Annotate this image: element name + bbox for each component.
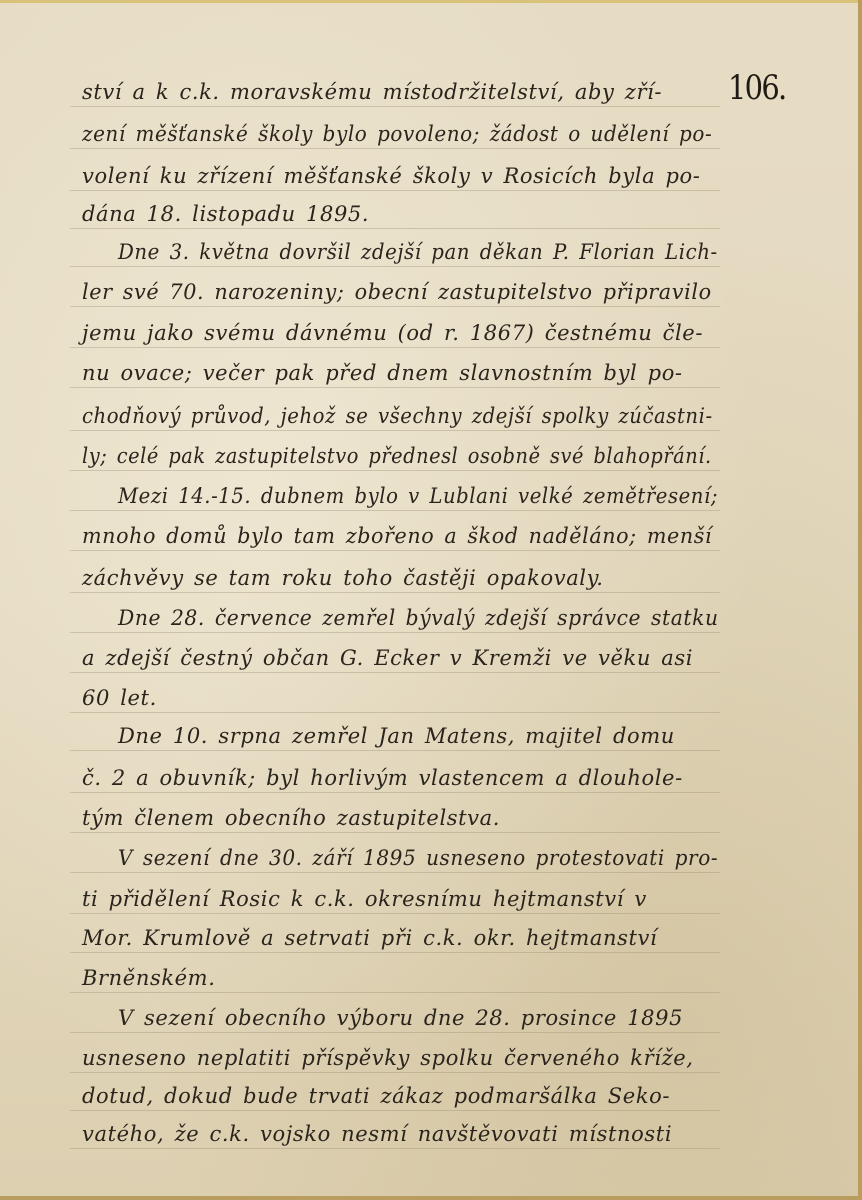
ruled-guide-line [70,672,720,673]
ruled-guide-line [70,712,720,713]
ruled-guide-line [70,832,720,833]
handwritten-line: chodňový průvod, jehož se všechny zdejší… [82,404,713,428]
ruled-guide-line [70,510,720,511]
ruled-guide-line [70,470,720,471]
handwritten-line: Mezi 14.-15. dubnem bylo v Lublani velké… [118,484,718,508]
handwritten-line: V sezení dne 30. září 1895 usneseno prot… [118,846,718,870]
handwritten-line: Dne 10. srpna zemřel Jan Matens, majitel… [118,724,675,748]
handwritten-line: dotud, dokud bude trvati zákaz podmaršál… [82,1084,670,1108]
handwritten-line: vatého, že c.k. vojsko nesmí navštěvovat… [82,1122,672,1146]
handwritten-line: Brněnském. [82,966,215,990]
ruled-guide-line [70,952,720,953]
handwritten-line: nu ovace; večer pak před dnem slavnostní… [82,361,683,385]
handwritten-line: ství a k c.k. moravskému místodržitelstv… [82,80,662,104]
handwritten-line: a zdejší čestný občan G. Ecker v Kremži … [82,646,693,670]
ruled-guide-line [70,347,720,348]
handwritten-line: jemu jako svému dávnému (od r. 1867) čes… [82,321,703,345]
handwritten-line: usneseno neplatiti příspěvky spolku červ… [82,1046,694,1070]
page-number: 106. [728,68,786,108]
handwritten-line: V sezení obecního výboru dne 28. prosinc… [118,1006,683,1030]
ruled-guide-line [70,266,720,267]
manuscript-page: 106. ství a k c.k. moravskému místodržit… [0,0,862,1200]
ruled-guide-line [70,632,720,633]
handwritten-line: Dne 28. července zemřel bývalý zdejší sp… [118,606,719,630]
handwritten-line: ler své 70. narozeniny; obecní zastupite… [82,280,712,304]
ruled-guide-line [70,872,720,873]
ruled-guide-line [70,1072,720,1073]
ruled-guide-line [70,190,720,191]
handwritten-line: Dne 3. května dovršil zdejší pan děkan P… [118,240,718,264]
ruled-guide-line [70,913,720,914]
handwritten-line: Mor. Krumlově a setrvati při c.k. okr. h… [82,926,657,950]
ruled-guide-line [70,430,720,431]
handwritten-line: tým členem obecního zastupitelstva. [82,806,500,830]
ruled-guide-line [70,592,720,593]
handwritten-line: zení měšťanské školy bylo povoleno; žádo… [82,122,712,146]
ruled-guide-line [70,750,720,751]
handwritten-line: č. 2 a obuvník; byl horlivým vlastencem … [82,766,683,790]
ruled-guide-line [70,1148,720,1149]
ruled-guide-line [70,550,720,551]
handwritten-line: mnoho domů bylo tam zbořeno a škod naděl… [82,524,712,548]
handwritten-line: dána 18. listopadu 1895. [82,202,369,226]
ruled-guide-line [70,228,720,229]
handwritten-line: volení ku zřízení měšťanské školy v Rosi… [82,164,700,188]
handwritten-line: ti přidělení Rosic k c.k. okresnímu hejt… [82,887,647,911]
ruled-guide-line [70,1110,720,1111]
handwritten-line: záchvěvy se tam roku toho častěji opakov… [82,566,604,590]
handwritten-line: ly; celé pak zastupitelstvo přednesl oso… [82,444,712,468]
ruled-guide-line [70,387,720,388]
handwritten-line: 60 let. [82,686,157,710]
ruled-guide-line [70,106,720,107]
ruled-guide-line [70,1032,720,1033]
ruled-guide-line [70,992,720,993]
ruled-guide-line [70,792,720,793]
ruled-guide-line [70,148,720,149]
ruled-guide-line [70,306,720,307]
